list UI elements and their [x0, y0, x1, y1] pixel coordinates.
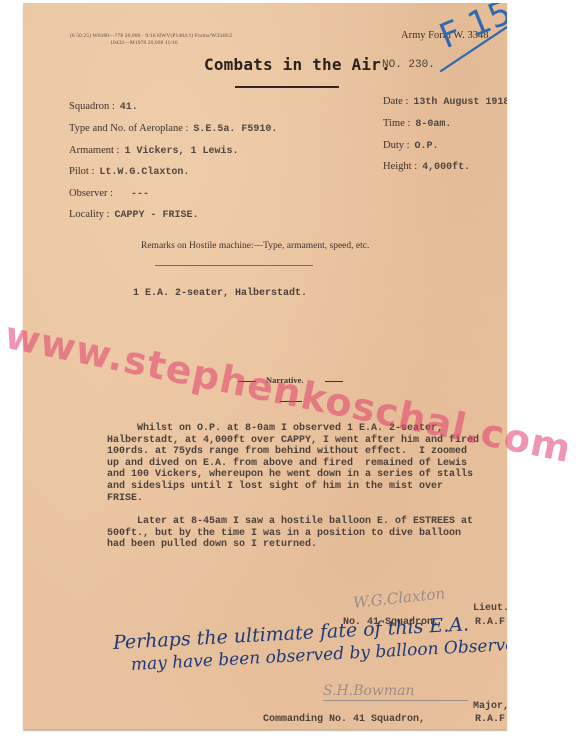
pilot-service: R.A.F. — [475, 617, 507, 629]
co-unit: Commanding No. 41 Squadron, — [263, 714, 425, 726]
pilot-value: Lt.W.G.Claxton. — [99, 167, 189, 178]
field-squadron: Squadron :41. — [69, 101, 138, 113]
height-value: 4,000ft. — [422, 162, 470, 173]
print-codes-line-1: (6 50 25) W6180—778 20,000 · 9/16 HWV(P1… — [70, 33, 232, 40]
narrative-line: Whilst on O.P. at 8-0am I observed 1 E.A… — [107, 423, 479, 435]
observer-value: --- — [131, 189, 149, 200]
field-pilot: Pilot :Lt.W.G.Claxton. — [69, 166, 189, 178]
pilot-label: Pilot : — [69, 166, 94, 177]
field-time: Time :8-0am. — [383, 118, 451, 130]
field-aeroplane: Type and No. of Aeroplane :S.E.5a. F5910… — [69, 123, 277, 135]
narrative-underline — [280, 401, 302, 402]
narrative-line: had been pulled down so I returned. — [107, 539, 473, 551]
narrative-line: 500ft., but by the time I was in a posit… — [107, 528, 473, 540]
field-height: Height :4,000ft. — [383, 161, 470, 173]
date-value: 13th August 1918. — [413, 97, 507, 108]
armament-value: 1 Vickers, 1 Lewis. — [124, 146, 238, 157]
armament-label: Armament : — [69, 145, 119, 156]
pilot-signature: W.G.Claxton — [352, 584, 446, 612]
remarks-rule — [155, 265, 313, 266]
title-underline — [235, 86, 339, 88]
co-rank: Major, — [473, 701, 507, 713]
field-observer: Observer :--- — [69, 188, 149, 200]
time-value: 8-0am. — [415, 119, 451, 130]
aeroplane-value: S.E.5a. F5910. — [193, 124, 277, 135]
document-title: Combats in the Air. — [204, 55, 391, 74]
locality-value: CAPPY - FRISE. — [115, 210, 199, 221]
locality-label: Locality : — [69, 209, 110, 220]
narrative-paragraph-2: Later at 8-45am I saw a hostile balloon … — [107, 516, 473, 551]
narrative-line: up and dived on E.A. from above and fire… — [107, 458, 479, 470]
height-label: Height : — [383, 161, 417, 172]
narrative-line: and sideslips until I lost sight of him … — [107, 481, 479, 493]
narrative-line: FRISE. — [107, 493, 479, 505]
duty-label: Duty : — [383, 140, 410, 151]
field-locality: Locality :CAPPY - FRISE. — [69, 209, 199, 221]
co-signature: S.H.Bowman — [323, 683, 415, 699]
time-label: Time : — [383, 118, 410, 129]
remarks-value: 1 E.A. 2-seater, Halberstadt. — [133, 288, 307, 300]
field-armament: Armament :1 Vickers, 1 Lewis. — [69, 145, 238, 157]
observer-label: Observer : — [69, 188, 113, 199]
narrative-paragraph-1: Whilst on O.P. at 8-0am I observed 1 E.A… — [107, 423, 479, 504]
narrative-line: and 100 Vickers, whereupon he went down … — [107, 469, 479, 481]
duty-value: O.P. — [415, 141, 439, 152]
field-duty: Duty :O.P. — [383, 140, 439, 152]
aeroplane-label: Type and No. of Aeroplane : — [69, 123, 188, 134]
narrative-rule-left — [238, 381, 256, 382]
narrative-line: Halberstadt, at 4,000ft over CAPPY, I we… — [107, 435, 479, 447]
squadron-value: 41. — [120, 102, 138, 113]
pilot-rank: Lieut., — [473, 603, 507, 615]
date-label: Date : — [383, 96, 408, 107]
print-codes-line-2: 10432—M1078 20,000 11/16 — [110, 40, 178, 47]
combat-report-page: (6 50 25) W6180—778 20,000 · 9/16 HWV(P1… — [23, 3, 507, 729]
remarks-heading: Remarks on Hostile machine:—Type, armame… — [141, 241, 369, 251]
co-signature-line — [323, 700, 468, 701]
narrative-line: 100rds. at 75yds range from behind witho… — [107, 446, 479, 458]
narrative-line: Later at 8-45am I saw a hostile balloon … — [107, 516, 473, 528]
squadron-label: Squadron : — [69, 101, 115, 112]
co-service: R.A.F. — [475, 714, 507, 726]
narrative-heading: Narrative. — [266, 375, 304, 385]
narrative-rule-right — [325, 381, 343, 382]
field-date: Date :13th August 1918. — [383, 96, 507, 108]
